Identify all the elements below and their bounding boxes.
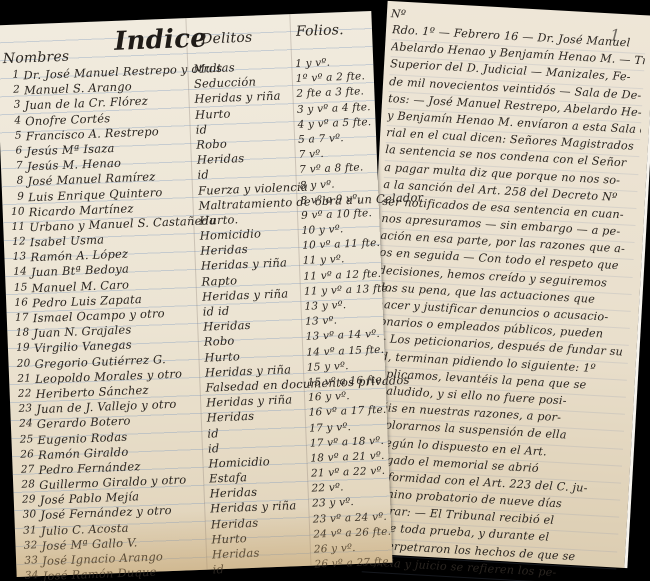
entry-folio: 7 vº. bbox=[299, 148, 325, 161]
entry-number: 22 bbox=[13, 387, 31, 400]
entry-number: 6 bbox=[4, 144, 22, 157]
entry-number: 20 bbox=[12, 357, 30, 370]
entry-folio: 15 y vº. bbox=[307, 360, 349, 374]
entry-folio: 5 a 7 vº. bbox=[298, 132, 344, 146]
entry-number: 21 bbox=[13, 372, 31, 385]
handwritten-text-block: Rdo. 1º — Febrero 16 — Dr. José ManuelAb… bbox=[362, 23, 646, 581]
entry-crime: Robo bbox=[196, 137, 227, 152]
entry-number: 2 bbox=[2, 84, 20, 97]
entry-folio: 1 y vº. bbox=[295, 57, 330, 70]
entry-folio: 13 vº. bbox=[305, 315, 338, 328]
entry-number: 4 bbox=[3, 114, 21, 127]
entry-folio: 17 y vº. bbox=[309, 421, 351, 435]
entry-folio: 8 vº a 9 vº. bbox=[300, 192, 361, 206]
entry-folio: 10 y vº. bbox=[301, 223, 343, 237]
entry-folio: 8 y vº. bbox=[300, 178, 335, 191]
entry-crime: Robo bbox=[204, 334, 235, 349]
entry-folio: 4 y vº a 5 fte. bbox=[297, 116, 371, 131]
right-page-court-record: Nº 1 Rdo. 1º — Febrero 16 — Dr. José Man… bbox=[357, 1, 650, 568]
entry-crime: id bbox=[197, 168, 209, 182]
entry-crime: id id bbox=[202, 304, 229, 319]
entry-crime: Multas bbox=[193, 60, 235, 76]
entry-crime: Homicidio bbox=[208, 454, 270, 470]
entry-crime: Heridas bbox=[203, 318, 251, 334]
entry-folio: 2 fte a 3 fte. bbox=[296, 86, 364, 101]
entry-folio: 10 vº a 11 fte. bbox=[302, 237, 380, 252]
entry-number: 24 bbox=[15, 418, 33, 431]
entry-folio: 7 vº a 8 fte. bbox=[299, 162, 364, 176]
entry-folio: 13 vº a 14 vº. bbox=[306, 328, 381, 343]
entry-crime: Hurto bbox=[195, 106, 231, 121]
entry-number: 17 bbox=[11, 311, 29, 324]
index-entries: 1Dr. José Manuel Restrepo y otrosMultas1… bbox=[0, 55, 393, 581]
entry-folio: 1º vº a 2 fte. bbox=[296, 70, 366, 85]
entry-number: 19 bbox=[12, 342, 30, 355]
entry-number: 3 bbox=[2, 99, 20, 112]
entry-crime: Seducción bbox=[194, 75, 257, 91]
entry-number: 9 bbox=[6, 190, 24, 203]
entry-folio: 11 y vº. bbox=[303, 254, 345, 268]
entry-number: 15 bbox=[9, 281, 27, 294]
entry-folio: 17 vº a 18 vº. bbox=[310, 435, 385, 450]
entry-name: Isabel Usma bbox=[30, 232, 105, 249]
column-header-names: Nombres bbox=[3, 49, 70, 68]
entry-number: 25 bbox=[15, 433, 33, 446]
entry-number: 8 bbox=[5, 175, 23, 188]
entry-crime: Heridas bbox=[206, 409, 254, 425]
index-title: Indice bbox=[114, 23, 208, 57]
entry-number: 11 bbox=[7, 220, 25, 233]
entry-crime: Rapto bbox=[201, 273, 237, 288]
entry-folio: 16 vº a 17 fte. bbox=[308, 404, 386, 419]
entry-crime: id bbox=[195, 122, 207, 136]
entry-folio: 9 vº a 10 fte. bbox=[301, 207, 372, 222]
entry-folio: 11 y vº a 13 fte. bbox=[304, 282, 392, 297]
entry-crime: Hurto bbox=[204, 349, 240, 364]
entry-number: 12 bbox=[8, 235, 26, 248]
entry-number: 5 bbox=[4, 129, 22, 142]
entry-number: 10 bbox=[6, 205, 24, 218]
entry-number: 28 bbox=[17, 478, 35, 491]
entry-folio: 3 y vº a 4 fte. bbox=[297, 101, 371, 116]
entry-folio: 22 vº. bbox=[311, 482, 344, 495]
entry-number: 29 bbox=[18, 493, 36, 506]
entry-folio: 18 vº a 21 vº. bbox=[310, 450, 385, 465]
entry-crime: id bbox=[207, 426, 219, 440]
entry-crime: Hurto. bbox=[199, 212, 239, 227]
column-header-folios: Folios. bbox=[296, 22, 344, 40]
entry-number: 26 bbox=[16, 448, 34, 461]
entry-number: 27 bbox=[16, 463, 34, 476]
right-page-number-label: Nº bbox=[391, 7, 407, 21]
entry-folio: 14 vº a 15 fte. bbox=[306, 343, 384, 358]
entry-crime: Homicidio bbox=[200, 226, 262, 242]
entry-crime: id bbox=[208, 441, 220, 455]
entry-folio: 13 y vº. bbox=[304, 299, 346, 313]
column-header-crimes: Delitos bbox=[201, 30, 253, 48]
entry-number: 14 bbox=[9, 266, 27, 279]
entry-crime: Heridas bbox=[200, 242, 248, 258]
entry-number: 23 bbox=[14, 402, 32, 415]
entry-number: 7 bbox=[5, 160, 23, 173]
entry-number: 16 bbox=[10, 296, 28, 309]
entry-crime: Heridas bbox=[209, 485, 257, 501]
entry-folio: 16 y vº. bbox=[308, 390, 350, 404]
entry-folio: 11 vº a 12 fte. bbox=[303, 267, 381, 282]
entry-number: 1 bbox=[1, 69, 19, 82]
entry-crime: Estafa bbox=[209, 470, 248, 485]
entry-crime: Heridas bbox=[197, 151, 245, 167]
entry-number: 18 bbox=[11, 327, 29, 340]
entry-folio: 21 vº a 22 vº. bbox=[311, 465, 386, 480]
entry-number: 13 bbox=[8, 251, 26, 264]
left-page-index: Indice Nombres Delitos Folios. 1Dr. José… bbox=[0, 11, 392, 577]
